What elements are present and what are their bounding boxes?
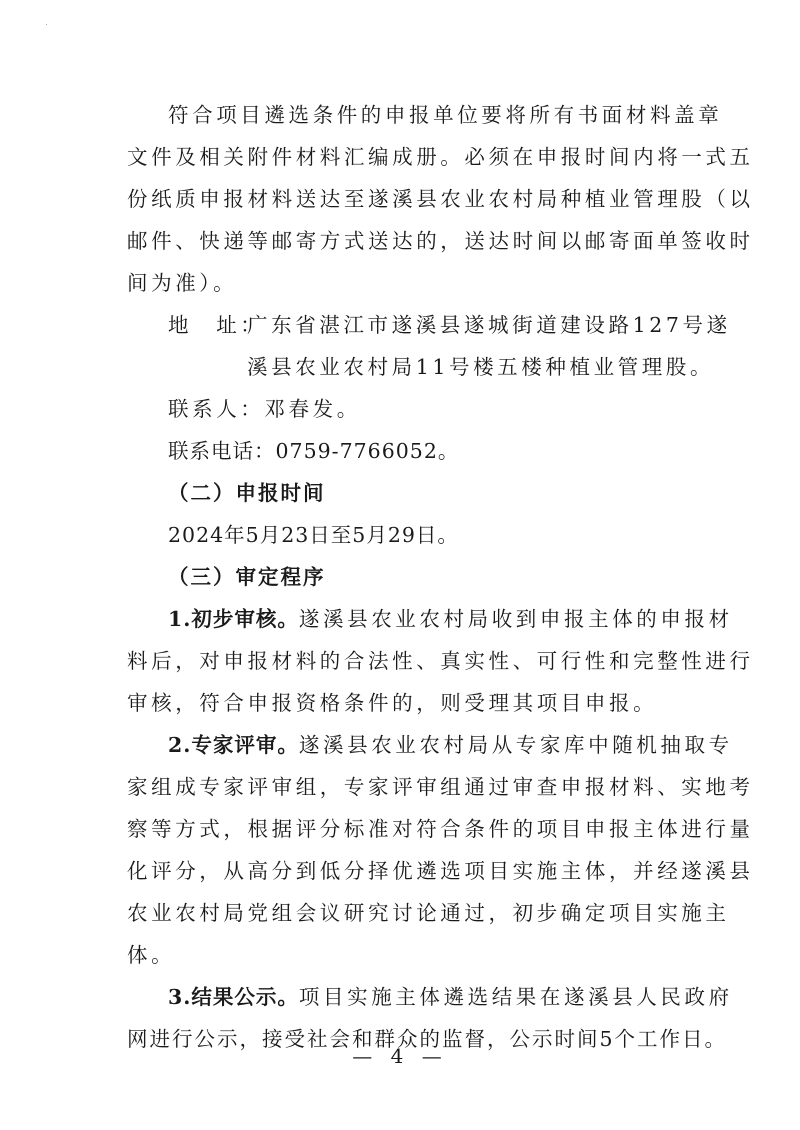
submission-period: 2024年5月23日至5月29日。 [168,521,728,549]
step-lead: 2.专家评审。 [168,733,299,757]
contact-phone: 联系电话：0759-7766052。 [168,437,728,465]
paragraph-line: 间为准）。 [127,269,687,297]
procedure-step-1: 1.初步审核。遂溪县农业农村局收到申报主体的申报材 [168,605,728,633]
section-heading-procedure: （三）审定程序 [168,563,728,591]
paragraph-line: 料后，对申报材料的合法性、真实性、可行性和完整性进行 [127,647,687,675]
paragraph-line: 化评分，从高分到低分择优遴选项目实施主体，并经遂溪县 [127,857,687,885]
paragraph-line: 审核，符合申报资格条件的，则受理其项目申报。 [127,689,687,717]
paragraph-line: 农业农村局党组会议研究讨论通过，初步确定项目实施主 [127,899,687,927]
paragraph-line: 体。 [127,941,687,969]
step-text: 遂溪县农业农村局收到申报主体的申报材 [299,607,733,631]
step-text: 遂溪县农业农村局从专家库中随机抽取专 [299,733,733,757]
paragraph-line: 察等方式，根据评分标准对符合条件的项目申报主体进行量 [127,815,687,843]
step-lead: 1.初步审核。 [168,607,299,631]
paragraph-line: 符合项目遴选条件的申报单位要将所有书面材料盖章 [168,101,728,129]
paragraph-line: 文件及相关附件材料汇编成册。必须在申报时间内将一式五 [127,143,687,171]
section-heading-time: （二）申报时间 [168,479,728,507]
paragraph-line: 邮件、快递等邮寄方式送达的，送达时间以邮寄面单签收时 [127,227,687,255]
paragraph-line: 家组成专家评审组，专家评审组通过审查申报材料、实地考 [127,773,687,801]
document-page: 符合项目遴选条件的申报单位要将所有书面材料盖章 文件及相关附件材料汇编成册。必须… [0,0,800,1130]
scan-speck [46,24,47,25]
step-lead: 3.结果公示。 [168,985,299,1009]
address-line: 广东省湛江市遂溪县遂城街道建设路127号遂 [247,311,800,339]
paragraph-line: 份纸质申报材料送达至遂溪县农业农村局种植业管理股（以 [127,185,687,213]
page-number: — 4 — [0,1044,800,1068]
procedure-step-3: 3.结果公示。项目实施主体遴选结果在遂溪县人民政府 [168,983,728,1011]
contact-person: 联系人：邓春发。 [168,395,728,423]
address-line: 溪县农业农村局11号楼五楼种植业管理股。 [247,353,800,381]
step-text: 项目实施主体遴选结果在遂溪县人民政府 [299,985,733,1009]
procedure-step-2: 2.专家评审。遂溪县农业农村局从专家库中随机抽取专 [168,731,728,759]
